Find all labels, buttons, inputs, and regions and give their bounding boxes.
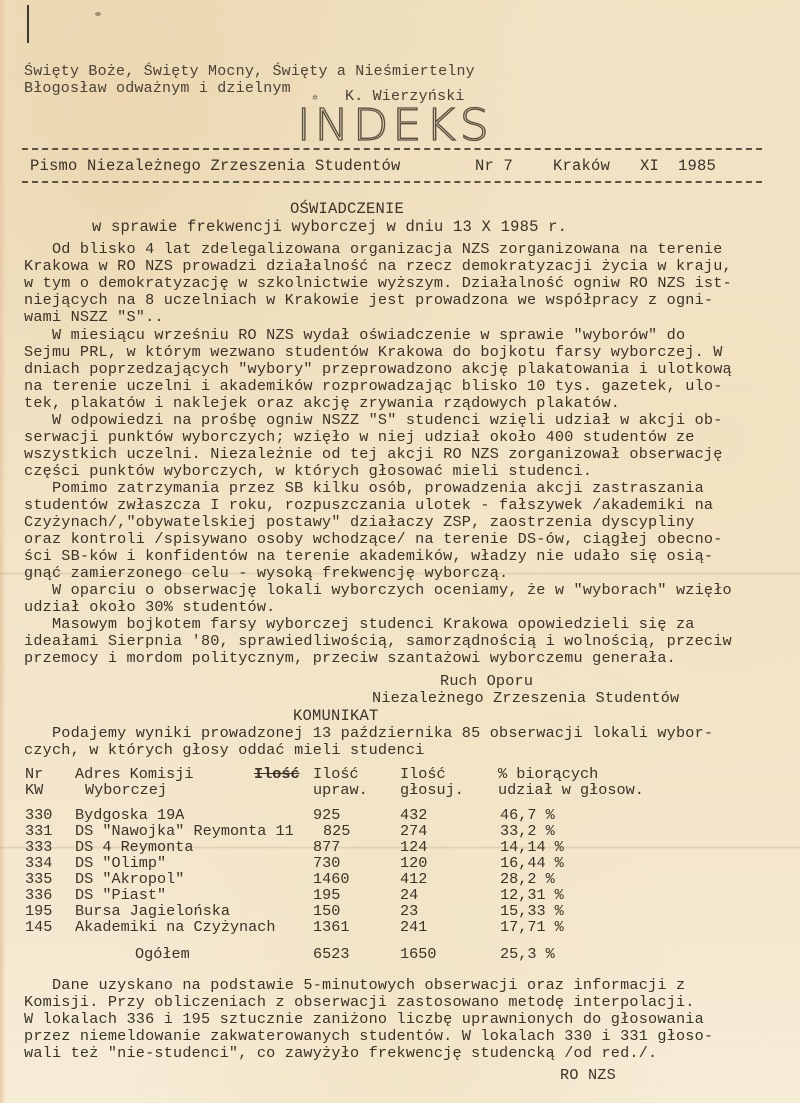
col-header-eligible-sub: upraw.	[313, 782, 368, 798]
notes-line: wali też "nie-studenci", co zawyżyło fre…	[24, 1045, 657, 1061]
cell-eligible: 195	[313, 887, 340, 903]
statement-line: W odpowiedzi na prośbę ogniw NSZZ "S" st…	[24, 412, 723, 428]
cell-voted: 24	[400, 887, 418, 903]
statement-line: na terenie uczelni i akademików rozprowa…	[24, 378, 723, 394]
cell-eligible: 825	[323, 823, 350, 839]
cell-nr: 331	[25, 823, 52, 839]
communique-intro-line-2: czych, w których głosy oddać mieli stude…	[24, 742, 425, 758]
cell-address: DS "Piast"	[75, 887, 166, 903]
statement-line: studentów zwłaszcza I roku, rozpuszczani…	[24, 497, 713, 513]
statement-line: Od blisko 4 lat zdelegalizowana organiza…	[24, 241, 723, 257]
statement-line: Masowym bojkotem farsy wyborczej studenc…	[24, 616, 695, 632]
cell-eligible: 1361	[313, 919, 349, 935]
statement-line: niejących na 8 uczelniach w Krakowie jes…	[24, 292, 713, 308]
issue-date: XI 1985	[640, 158, 716, 174]
cell-percent: 17,71 %	[500, 919, 564, 935]
notes-line: Komisji. Przy obliczeniach z obserwacji …	[24, 994, 695, 1010]
col-header-nr: Nr	[25, 766, 43, 782]
statement-signature-line-2: Niezależnego Zrzeszenia Studentów	[372, 690, 679, 706]
statement-line: W miesiącu wrześniu RO NZS wydał oświadc…	[24, 327, 685, 343]
cell-nr: 145	[25, 919, 52, 935]
col-header-voted: Ilość	[400, 766, 446, 782]
statement-line: Pomimo zatrzymania przez SB kilku osób, …	[24, 480, 704, 496]
dashed-divider-top	[22, 148, 762, 150]
cell-nr: 330	[25, 807, 52, 823]
statement-line: dniach poprzedzających "wybory" przeprow…	[24, 361, 732, 377]
statement-line: ści SB-ków i konfidentów na terenie akad…	[24, 548, 713, 564]
cell-voted: 412	[400, 871, 427, 887]
statement-line: tek, plakatów i naklejek oraz akcję zryw…	[24, 395, 620, 411]
col-header-percent: % biorących	[498, 766, 598, 782]
cell-nr: 334	[25, 855, 52, 871]
cell-percent: 33,2 %	[500, 823, 555, 839]
cell-eligible: 877	[313, 839, 340, 855]
col-header-nr-sub: KW	[25, 782, 43, 798]
communique-signature: RO NZS	[560, 1067, 616, 1083]
publication-title: INDEKS	[297, 99, 493, 150]
cell-eligible: 925	[313, 807, 340, 823]
statement-line: przemocy i mordom politycznym, przeciw s…	[24, 650, 676, 666]
statement-line: serwacji punktów wyborczych; wzięło w ni…	[24, 429, 695, 445]
statement-line: Sejmu PRL, w którym wezwano studentów Kr…	[24, 344, 723, 360]
statement-line: W oparciu o obserwację lokali wyborczych…	[24, 582, 732, 598]
cell-address: Akademiki na Czyżynach	[75, 919, 276, 935]
col-header-voted-sub: głosuj.	[400, 782, 464, 798]
cell-voted: 274	[400, 823, 427, 839]
col-header-address: Adres Komisji	[75, 766, 193, 782]
total-percent: 25,3 %	[500, 946, 555, 962]
issue-number: Nr 7	[475, 158, 513, 174]
cell-eligible: 150	[313, 903, 340, 919]
cell-address: DS "Olimp"	[75, 855, 166, 871]
col-header-percent-sub: udział w głosow.	[498, 782, 644, 798]
cell-percent: 12,31 %	[500, 887, 564, 903]
statement-line: gnąć zamierzonego celu - wysoką frekwenc…	[24, 565, 508, 581]
cell-percent: 16,44 %	[500, 855, 564, 871]
paper-edge	[0, 0, 6, 1103]
col-header-eligible: Ilość	[313, 766, 359, 782]
statement-line: wszystkich uczelni. Niezależnie od tej a…	[24, 446, 723, 462]
cell-eligible: 1460	[313, 871, 349, 887]
col-header-address-sub: Wyborczej	[85, 782, 167, 798]
cell-percent: 14,14 %	[500, 839, 564, 855]
statement-signature-line-1: Ruch Oporu	[440, 673, 533, 689]
total-label: Ogółem	[135, 946, 190, 962]
total-voted: 1650	[400, 946, 436, 962]
notes-line: W lokalach 336 i 195 sztucznie zaniżono …	[24, 1011, 704, 1027]
statement-heading: OŚWIADCZENIE	[290, 201, 404, 217]
cell-voted: 241	[400, 919, 427, 935]
statement-subheading: w sprawie frekwencji wyborczej w dniu 13…	[92, 219, 567, 235]
cell-nr: 195	[25, 903, 52, 919]
cell-address: DS 4 Reymonta	[75, 839, 193, 855]
masthead-subtitle: Pismo Niezależnego Zrzeszenia Studentów	[30, 158, 401, 174]
epigraph-line-1: Święty Boże, Święty Mocny, Święty a Nieś…	[24, 64, 475, 80]
statement-line: części punktów wyborczych, w których gło…	[24, 463, 592, 479]
statement-line: oraz kontroli /spisywano osoby wchodzące…	[24, 531, 723, 547]
cell-eligible: 730	[313, 855, 340, 871]
cell-percent: 15,33 %	[500, 903, 564, 919]
cell-nr: 333	[25, 839, 52, 855]
cell-percent: 46,7 %	[500, 807, 555, 823]
cell-voted: 23	[400, 903, 418, 919]
statement-line: Czyżynach/,"obywatelskiej postawy" dział…	[24, 514, 695, 530]
struck-text: Ilość	[254, 766, 300, 782]
cell-nr: 336	[25, 887, 52, 903]
cell-address: DS "Nawojka" Reymonta 11	[75, 823, 294, 839]
ink-spot	[95, 12, 101, 16]
statement-line: Krakowa w RO NZS prowadzi działalność na…	[24, 258, 732, 274]
cell-percent: 28,2 %	[500, 871, 555, 887]
epigraph-line-2: Błogosław odważnym i dzielnym	[24, 81, 291, 97]
notes-line: Dane uzyskano na podstawie 5-minutowych …	[24, 977, 685, 993]
notes-line: przez niemeldowanie zakwaterowanych stud…	[24, 1028, 713, 1044]
cell-nr: 335	[25, 871, 52, 887]
total-eligible: 6523	[313, 946, 349, 962]
communique-intro-line-1: Podajemy wyniki prowadzonej 13 październ…	[24, 725, 713, 741]
statement-line: wami NSZZ "S"..	[24, 309, 164, 325]
cell-voted: 124	[400, 839, 427, 855]
statement-line: udział około 30% studentów.	[24, 599, 275, 615]
communique-heading: KOMUNIKAT	[293, 708, 379, 724]
cell-address: Bydgoska 19A	[75, 807, 184, 823]
cell-address: Bursa Jagielońska	[75, 903, 230, 919]
cell-voted: 120	[400, 855, 427, 871]
cell-voted: 432	[400, 807, 427, 823]
ink-mark	[27, 5, 29, 43]
issue-place: Kraków	[553, 158, 610, 174]
statement-line: ideałami Sierpnia '80, sprawiedliwością,…	[24, 633, 732, 649]
cell-address: DS "Akropol"	[75, 871, 184, 887]
dashed-divider-bottom	[22, 181, 762, 183]
statement-line: w tym o demokratyzację w szkolnictwie wy…	[24, 275, 732, 291]
